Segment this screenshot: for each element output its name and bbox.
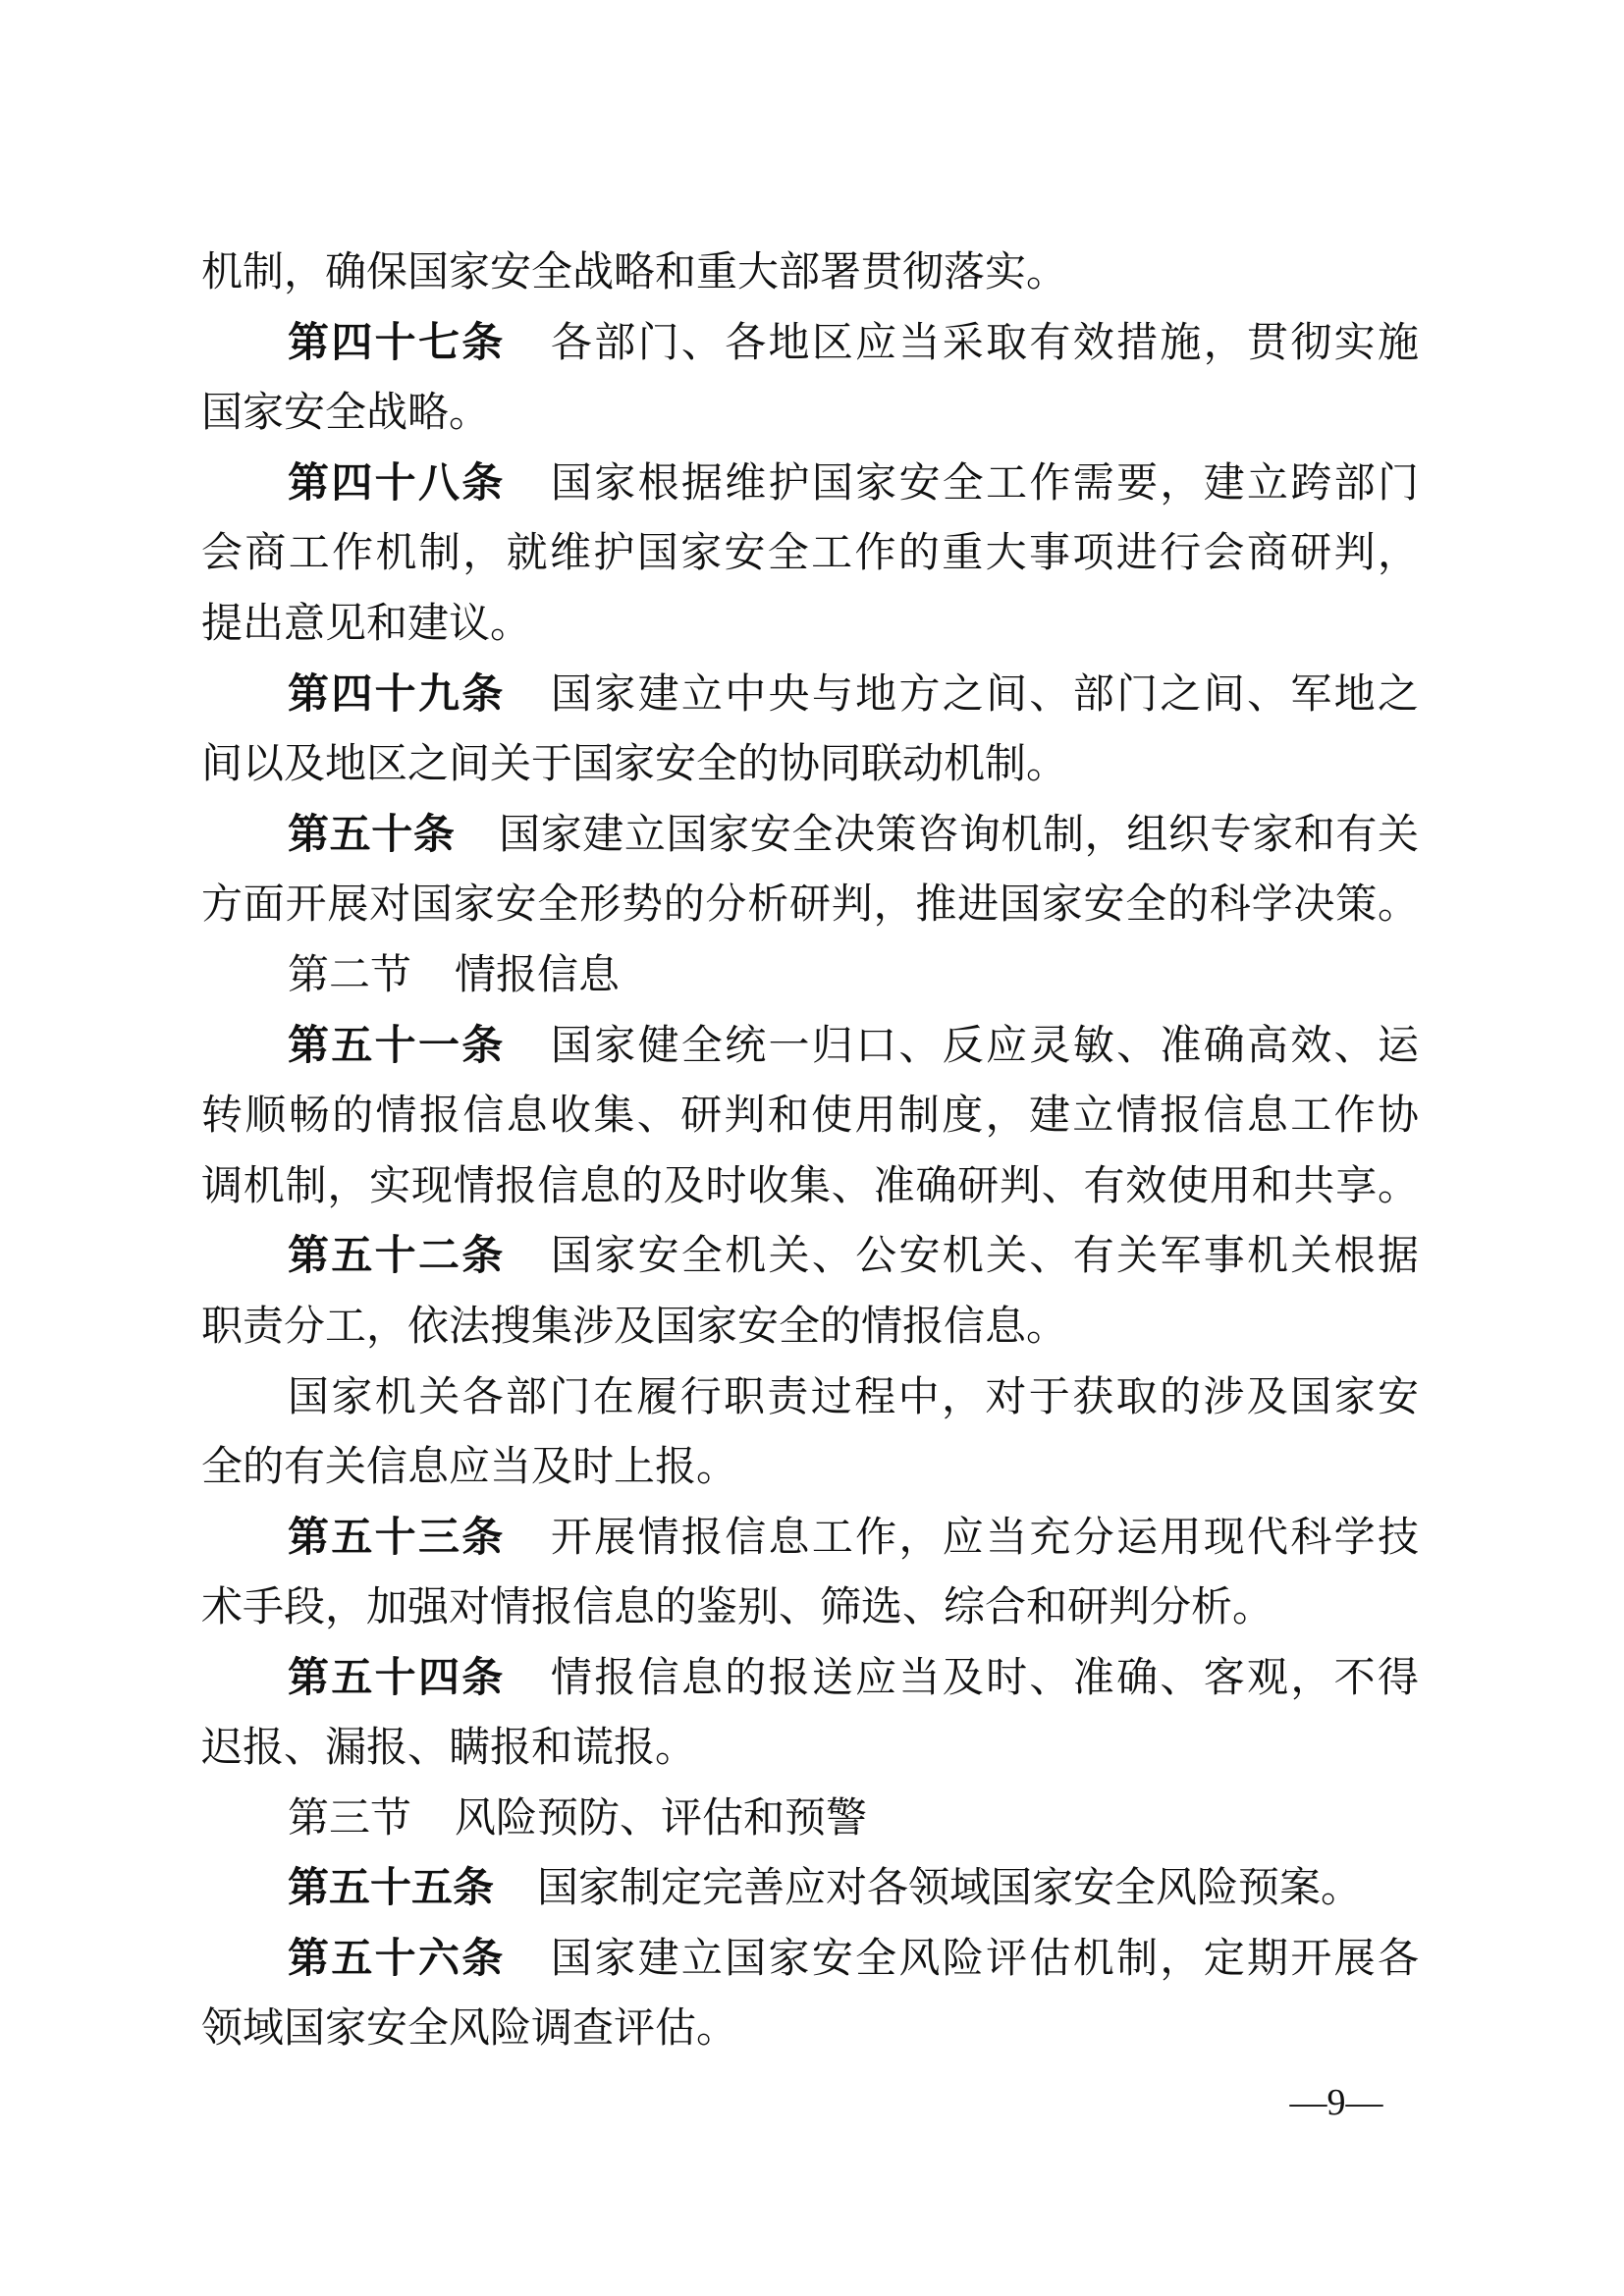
article-label: 第四十七条 — [288, 318, 506, 366]
body-text: 术手段，加强对情报信息的鉴别、筛选、综合和研判分析。 — [201, 1582, 1273, 1630]
paragraph-line: 术手段，加强对情报信息的鉴别、筛选、综合和研判分析。 — [201, 1572, 1419, 1642]
body-text: 全的有关信息应当及时上报。 — [201, 1442, 737, 1490]
body-text: 调机制，实现情报信息的及时收集、准确研判、有效使用和共享。 — [201, 1161, 1419, 1209]
article-label: 第五十二条 — [288, 1231, 506, 1279]
paragraph-line: 调机制，实现情报信息的及时收集、准确研判、有效使用和共享。 — [201, 1150, 1419, 1221]
article-53: 第五十三条开展情报信息工作，应当充分运用现代科学技 — [288, 1502, 1419, 1573]
article-51: 第五十一条国家健全统一归口、反应灵敏、准确高效、运 — [288, 1010, 1419, 1081]
body-text: 情报信息的报送应当及时、准确、客观，不得 — [549, 1653, 1419, 1701]
body-text: 领域国家安全风险调查评估。 — [201, 2003, 737, 2052]
body-text: 国家建立国家安全决策咨询机制，组织专家和有关 — [498, 810, 1419, 858]
paragraph-line: 迟报、漏报、瞒报和谎报。 — [201, 1712, 1419, 1783]
paragraph-line: 方面开展对国家安全形势的分析研判，推进国家安全的科学决策。 — [201, 869, 1419, 939]
body-text: 国家根据维护国家安全工作需要，建立跨部门 — [549, 458, 1419, 507]
body-text: 国家安全战略。 — [201, 388, 490, 436]
article-label: 第五十三条 — [288, 1513, 506, 1561]
article-48: 第四十八条国家根据维护国家安全工作需要，建立跨部门 — [288, 448, 1419, 518]
body-text: 方面开展对国家安全形势的分析研判，推进国家安全的科学决策。 — [201, 880, 1419, 928]
article-47: 第四十七条各部门、各地区应当采取有效措施，贯彻实施 — [288, 307, 1419, 378]
body-text: 提出意见和建议。 — [201, 599, 531, 647]
article-label: 第五十一条 — [288, 1021, 506, 1069]
body-text: 会商工作机制，就维护国家安全工作的重大事项进行会商研判， — [201, 528, 1419, 576]
section-heading-3: 第三节风险预防、评估和预警 — [288, 1783, 1419, 1853]
body-text: 国家制定完善应对各领域国家安全风险预案。 — [537, 1863, 1362, 1911]
article-56: 第五十六条国家建立国家安全风险评估机制，定期开展各 — [288, 1923, 1419, 1994]
section-heading-2: 第二节情报信息 — [288, 939, 1419, 1010]
article-49: 第四十九条国家建立中央与地方之间、部门之间、军地之 — [288, 659, 1419, 729]
body-text: 国家建立中央与地方之间、部门之间、军地之 — [549, 669, 1419, 718]
article-label: 第五十四条 — [288, 1653, 506, 1701]
paragraph-line: 转顺畅的情报信息收集、研判和使用制度，建立情报信息工作协 — [201, 1080, 1419, 1150]
paragraph-line: 机制，确保国家安全战略和重大部署贯彻落实。 — [201, 237, 1419, 307]
article-54: 第五十四条情报信息的报送应当及时、准确、客观，不得 — [288, 1642, 1419, 1713]
paragraph-line: 国家安全战略。 — [201, 377, 1419, 448]
paragraph-line: 全的有关信息应当及时上报。 — [201, 1431, 1419, 1502]
paragraph-line: 职责分工，依法搜集涉及国家安全的情报信息。 — [201, 1291, 1419, 1362]
section-number: 第三节 — [288, 1793, 411, 1842]
paragraph-line: 国家机关各部门在履行职责过程中，对于获取的涉及国家安 — [288, 1362, 1419, 1432]
paragraph-line: 提出意见和建议。 — [201, 588, 1419, 659]
paragraph-line: 间以及地区之间关于国家安全的协同联动机制。 — [201, 728, 1419, 799]
article-50: 第五十条国家建立国家安全决策咨询机制，组织专家和有关 — [288, 799, 1419, 870]
paragraph-line: 会商工作机制，就维护国家安全工作的重大事项进行会商研判， — [201, 517, 1419, 588]
body-text: 职责分工，依法搜集涉及国家安全的情报信息。 — [201, 1302, 1067, 1350]
body-text: 迟报、漏报、瞒报和谎报。 — [201, 1723, 696, 1771]
document-page: 机制，确保国家安全战略和重大部署贯彻落实。 第四十七条各部门、各地区应当采取有效… — [0, 0, 1624, 2296]
article-52: 第五十二条国家安全机关、公安机关、有关军事机关根据 — [288, 1220, 1419, 1291]
body-text: 国家建立国家安全风险评估机制，定期开展各 — [549, 1934, 1419, 1982]
article-55: 第五十五条国家制定完善应对各领域国家安全风险预案。 — [288, 1852, 1419, 1923]
article-label: 第五十五条 — [288, 1863, 494, 1911]
article-label: 第五十六条 — [288, 1934, 506, 1982]
body-text: 各部门、各地区应当采取有效措施，贯彻实施 — [549, 318, 1419, 366]
body-text: 国家健全统一归口、反应灵敏、准确高效、运 — [549, 1021, 1419, 1069]
section-title: 风险预防、评估和预警 — [455, 1793, 867, 1842]
page-number: —9— — [1272, 2079, 1400, 2126]
section-number: 第二节 — [288, 950, 411, 998]
body-text: 转顺畅的情报信息收集、研判和使用制度，建立情报信息工作协 — [201, 1091, 1419, 1139]
body-text: 间以及地区之间关于国家安全的协同联动机制。 — [201, 739, 1067, 787]
body-text: 国家安全机关、公安机关、有关军事机关根据 — [549, 1231, 1419, 1279]
section-title: 情报信息 — [455, 950, 620, 998]
body-text: 开展情报信息工作，应当充分运用现代科学技 — [549, 1513, 1419, 1561]
article-label: 第五十条 — [288, 810, 455, 858]
body-text: 国家机关各部门在履行职责过程中，对于获取的涉及国家安 — [288, 1372, 1419, 1420]
body-text: 机制，确保国家安全战略和重大部署贯彻落实。 — [201, 247, 1067, 295]
article-label: 第四十八条 — [288, 458, 506, 507]
article-label: 第四十九条 — [288, 669, 506, 718]
paragraph-line: 领域国家安全风险调查评估。 — [201, 1993, 1419, 2063]
